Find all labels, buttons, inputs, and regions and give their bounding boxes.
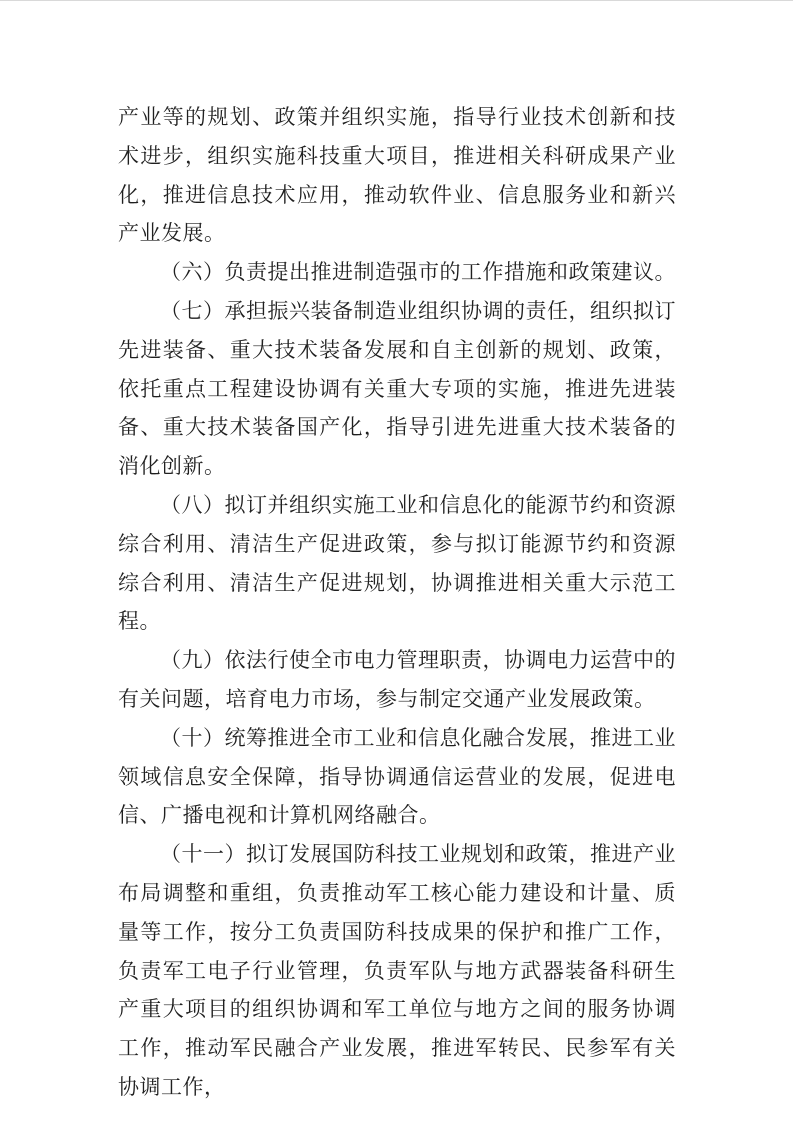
paragraph-item-8: （八）拟订并组织实施工业和信息化的能源节约和资源综合利用、清洁生产促进政策，参与… xyxy=(118,486,676,641)
page-number: 7 xyxy=(0,1035,793,1055)
document-page: 产业等的规划、政策并组织实施，指导行业技术创新和技术进步，组织实施科技重大项目，… xyxy=(0,0,793,1122)
paragraph-continuation: 产业等的规划、政策并组织实施，指导行业技术创新和技术进步，组织实施科技重大项目，… xyxy=(118,98,676,253)
paragraph-item-6: （六）负责提出推进制造强市的工作措施和政策建议。 xyxy=(118,253,676,292)
document-body: 产业等的规划、政策并组织实施，指导行业技术创新和技术进步，组织实施科技重大项目，… xyxy=(118,98,676,1107)
paragraph-item-9: （九）依法行使全市电力管理职责，协调电力运营中的有关问题，培育电力市场，参与制定… xyxy=(118,641,676,719)
paragraph-item-10: （十）统筹推进全市工业和信息化融合发展，推进工业领域信息安全保障，指导协调通信运… xyxy=(118,719,676,835)
paragraph-item-11: （十一）拟订发展国防科技工业规划和政策，推进产业布局调整和重组，负责推动军工核心… xyxy=(118,835,676,1107)
paragraph-item-7: （七）承担振兴装备制造业组织协调的责任，组织拟订先进装备、重大技术装备发展和自主… xyxy=(118,292,676,486)
